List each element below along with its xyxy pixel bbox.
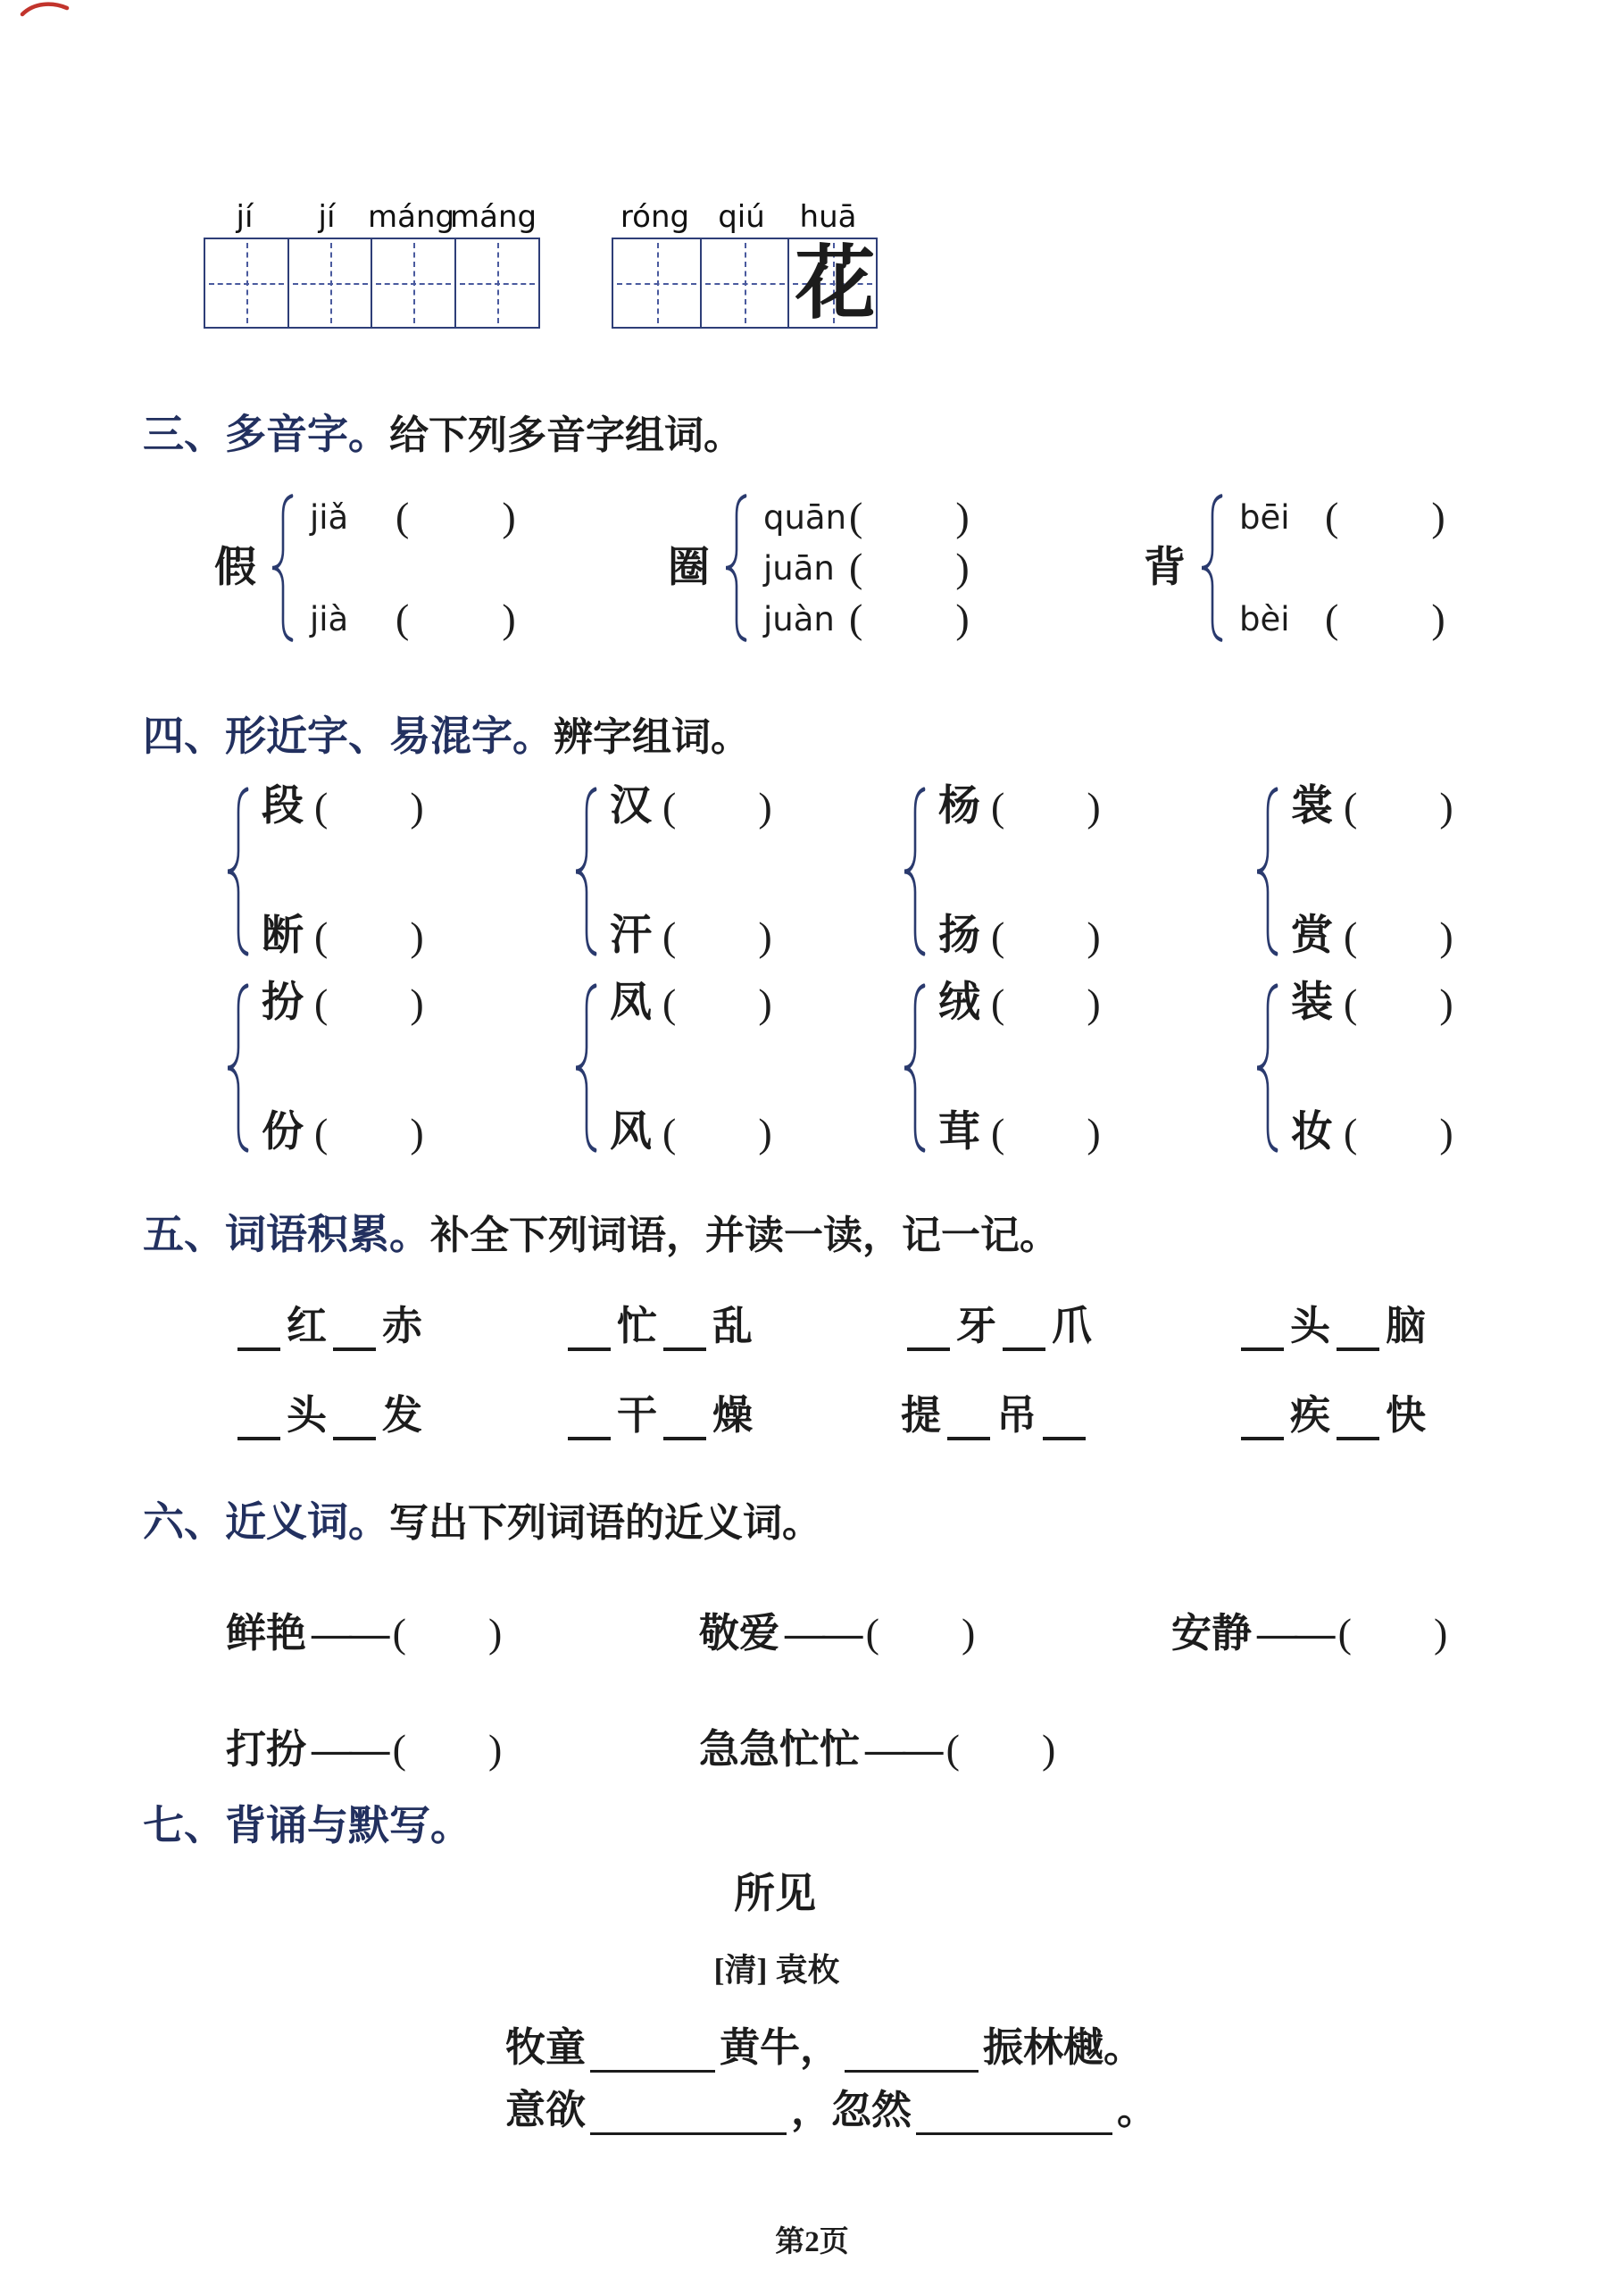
paren-close: ) (502, 598, 515, 639)
synonym-item: 急急忙忙——() (699, 1716, 1055, 1774)
paren-close: ) (758, 787, 771, 828)
paren-open: ( (1325, 598, 1338, 639)
word-char: 提 (901, 1393, 941, 1438)
poem-text: 黄牛， (720, 2025, 840, 2070)
paren-close: ) (1431, 496, 1445, 538)
writing-grid-2: 花 (612, 238, 878, 329)
paren-open: ( (849, 496, 862, 538)
brace-icon (224, 786, 251, 957)
word-completion-item: 头脑 (1235, 1293, 1426, 1351)
pair-group: 汉() 汗() (572, 786, 772, 957)
word-completion-item: 提吊 (901, 1382, 1092, 1440)
brace-icon (1198, 493, 1225, 643)
section7-heading: 七、背诵与默写。 (143, 1793, 471, 1852)
section3-title: 三、多音字 (143, 411, 348, 457)
word-char: 干 (617, 1393, 657, 1438)
paren-open: ( (662, 983, 676, 1024)
writing-cell (204, 238, 289, 329)
writing-cell (371, 238, 456, 329)
pinyin-syllable: jí (204, 196, 286, 238)
pair-group: 段() 断() (224, 786, 424, 957)
word-completion-item: 干燥 (562, 1382, 753, 1440)
pair-row: 断() (262, 915, 424, 957)
cell-character (375, 241, 457, 329)
writing-cell (454, 238, 540, 329)
pair-column: 扮() 份() (262, 982, 424, 1154)
paren-close: ) (1087, 1113, 1100, 1154)
section7-title: 七、背诵与默写 (143, 1802, 430, 1848)
long-dash: —— (785, 1611, 861, 1656)
fill-blank (568, 1396, 611, 1440)
paren-close: ) (955, 496, 969, 538)
section3-heading: 三、多音字。给下列多音字组词。 (143, 402, 743, 461)
fill-blank (1043, 1396, 1086, 1440)
readings-column: jiǎ ( ) jià ( ) (310, 493, 516, 643)
paren-open: ( (314, 1113, 328, 1154)
word-completion-item: 头发 (231, 1382, 422, 1440)
pinyin-syllable: huā (785, 196, 871, 238)
pair-char: 装 (1291, 982, 1333, 1024)
paren-open: ( (662, 1113, 676, 1154)
reading-row: quān ( ) (763, 493, 970, 541)
paren-open: ( (1344, 916, 1357, 957)
page-number: 第2页 (0, 2218, 1624, 2260)
pair-row: 绒() (938, 982, 1101, 1024)
recite-blank (916, 2092, 1112, 2135)
writing-cell (700, 238, 790, 329)
pair-row: 装() (1291, 982, 1453, 1024)
fill-blank (1241, 1396, 1284, 1440)
fill-blank (333, 1396, 376, 1440)
fill-blank (568, 1306, 611, 1351)
word-char: 爪 (1052, 1304, 1092, 1348)
section7-period: 。 (430, 1802, 471, 1848)
paren-close: ) (955, 547, 969, 588)
pair-row: 扬() (938, 915, 1101, 957)
poem-text: ，忽然 (791, 2088, 912, 2132)
pair-char: 凤 (610, 982, 652, 1024)
brace-icon (572, 786, 599, 957)
pair-column: 段() 断() (262, 786, 424, 957)
fill-blank (947, 1396, 990, 1440)
pinyin-syllable: jí (286, 196, 368, 238)
fill-blank (237, 1396, 280, 1440)
paren-open: ( (991, 916, 1004, 957)
section6-title: 六、近义词 (143, 1498, 348, 1545)
fill-blank (907, 1306, 950, 1351)
word-char: 乱 (712, 1304, 753, 1348)
section5-heading: 五、词语积累。补全下列词语，并读一读，记一记。 (143, 1202, 1059, 1261)
poem-line-2: 意欲，忽然。 (505, 2077, 1157, 2135)
recite-blank (590, 2030, 715, 2073)
pair-char: 风 (610, 1112, 652, 1154)
brace-icon (901, 982, 928, 1154)
reading-pinyin: bèi (1239, 600, 1325, 638)
pair-group: 凤() 风() (572, 982, 772, 1154)
paren-close: ) (1042, 1726, 1055, 1772)
word-completion-item: 牙爪 (901, 1293, 1092, 1351)
long-dash: —— (312, 1727, 387, 1772)
paren-open: ( (662, 787, 676, 828)
reading-pinyin: juān (763, 549, 849, 588)
brace-icon (901, 786, 928, 957)
section3-period: 。 (348, 411, 389, 457)
pair-char: 断 (262, 915, 304, 957)
pair-column: 装() 妆() (1291, 982, 1453, 1154)
long-dash: —— (312, 1611, 387, 1656)
synonym-item: 敬爱——() (699, 1600, 975, 1658)
paren-close: ) (1439, 983, 1453, 1024)
section4-period: 。 (512, 713, 554, 759)
fill-blank (1241, 1306, 1284, 1351)
section5-instruction: 补全下列词语，并读一读，记一记。 (430, 1214, 1059, 1257)
paren-open: ( (314, 916, 328, 957)
paren-close: ) (410, 787, 423, 828)
readings-column: bēi ( ) bèi ( ) (1239, 493, 1445, 643)
reading-row: bēi ( ) (1239, 493, 1445, 541)
word-char: 燥 (712, 1393, 753, 1438)
red-scan-mark (20, 0, 70, 18)
cell-character (704, 241, 791, 329)
paren-close: ) (1439, 1113, 1453, 1154)
pair-char: 汗 (610, 915, 652, 957)
paren-open: ( (991, 1113, 1004, 1154)
pair-row: 赏() (1291, 915, 1453, 957)
fill-blank (663, 1306, 706, 1351)
poem-line-1: 牧童黄牛，振林樾。 (505, 2015, 1144, 2073)
synonym-word: 鲜艳 (226, 1611, 306, 1656)
paren-close: ) (1087, 787, 1100, 828)
pinyin-syllable: qiú (698, 196, 785, 238)
paren-close: ) (1439, 916, 1453, 957)
poem-author: [清] 袁枚 (0, 1945, 1553, 1990)
poem-text: 意欲 (505, 2088, 586, 2132)
pair-group: 扮() 份() (224, 982, 424, 1154)
reading-row: juān ( ) (763, 544, 970, 592)
synonym-word: 急急忙忙 (699, 1727, 860, 1772)
reading-pinyin: bēi (1239, 498, 1325, 537)
cell-character (616, 241, 703, 329)
writing-cell (612, 238, 702, 329)
pinyin-syllable: róng (612, 196, 698, 238)
readings-column: quān ( ) juān ( ) juàn ( ) (763, 493, 970, 643)
word-char: 头 (1290, 1304, 1330, 1348)
paren-open: ( (393, 1610, 406, 1656)
pair-row: 汗() (610, 915, 772, 957)
paren-open: ( (1344, 787, 1357, 828)
pair-char: 汉 (610, 786, 652, 828)
reading-pinyin: quān (763, 498, 849, 537)
section3-instruction: 给下列多音字组词。 (389, 413, 743, 457)
writing-cell: 花 (787, 238, 878, 329)
reading-pinyin: jiǎ (310, 498, 396, 537)
paren-close: ) (962, 1610, 975, 1656)
paren-open: ( (1344, 983, 1357, 1024)
word-char: 吊 (996, 1393, 1037, 1438)
pinyin-row-1: jí jí máng máng (204, 196, 532, 238)
paren-open: ( (662, 916, 676, 957)
section6-period: 。 (348, 1498, 389, 1545)
paren-close: ) (1087, 983, 1100, 1024)
word-char: 牙 (956, 1304, 996, 1348)
pair-column: 汉() 汗() (610, 786, 772, 957)
paren-open: ( (866, 1610, 879, 1656)
word-char: 发 (382, 1393, 422, 1438)
word-char: 红 (287, 1304, 327, 1348)
reading-row: jiǎ ( ) (310, 493, 516, 541)
pair-char: 裳 (1291, 786, 1333, 828)
pair-char: 茸 (938, 1112, 980, 1154)
pair-char: 扬 (938, 915, 980, 957)
pair-char: 份 (262, 1112, 304, 1154)
polyphone-group-jia: 假 jiǎ ( ) jià ( ) (214, 493, 516, 643)
paren-close: ) (410, 916, 423, 957)
pair-column: 凤() 风() (610, 982, 772, 1154)
paren-close: ) (488, 1726, 502, 1772)
pair-char: 杨 (938, 786, 980, 828)
recite-blank (590, 2092, 787, 2135)
brace-icon (1253, 786, 1280, 957)
recite-blank (845, 2030, 979, 2073)
cell-character: 花 (792, 241, 879, 329)
pair-row: 凤() (610, 982, 772, 1024)
synonym-word: 安静 (1171, 1611, 1252, 1656)
section5-period: 。 (389, 1211, 430, 1257)
brace-icon (224, 982, 251, 1154)
pair-row: 扮() (262, 982, 424, 1024)
reading-row: jià ( ) (310, 595, 516, 643)
fill-blank (1337, 1396, 1379, 1440)
paren-close: ) (1087, 916, 1100, 957)
paren-close: ) (1431, 598, 1445, 639)
paren-close: ) (410, 1113, 423, 1154)
writing-grid-1 (204, 238, 540, 329)
paren-close: ) (488, 1610, 502, 1656)
pair-char: 扮 (262, 982, 304, 1024)
paren-open: ( (991, 983, 1004, 1024)
cell-character (292, 241, 374, 329)
pair-row: 份() (262, 1112, 424, 1154)
reading-row: juàn ( ) (763, 595, 970, 643)
paren-close: ) (1439, 787, 1453, 828)
polyphone-char: 圈 (668, 547, 710, 589)
word-char: 忙 (617, 1304, 657, 1348)
pair-column: 裳() 赏() (1291, 786, 1453, 957)
brace-icon (269, 493, 296, 643)
paren-close: ) (955, 598, 969, 639)
section6-heading: 六、近义词。写出下列词语的近义词。 (143, 1489, 821, 1548)
fill-blank (333, 1306, 376, 1351)
paren-close: ) (1434, 1610, 1447, 1656)
word-char: 脑 (1386, 1304, 1426, 1348)
synonym-item: 安静——() (1171, 1600, 1447, 1658)
brace-icon (1253, 982, 1280, 1154)
paren-close: ) (758, 916, 771, 957)
poem-text: 振林樾。 (983, 2025, 1144, 2070)
pair-group: 杨() 扬() (901, 786, 1101, 957)
paren-open: ( (393, 1726, 406, 1772)
pinyin-row-2: róng qiú huā (612, 196, 871, 238)
fill-blank (1337, 1306, 1379, 1351)
synonym-word: 敬爱 (699, 1611, 779, 1656)
pair-column: 绒() 茸() (938, 982, 1101, 1154)
pair-group: 装() 妆() (1253, 982, 1453, 1154)
paren-open: ( (314, 787, 328, 828)
long-dash: —— (865, 1727, 941, 1772)
word-completion-item: 红赤 (231, 1293, 422, 1351)
polyphone-char: 背 (1144, 547, 1186, 589)
pair-column: 杨() 扬() (938, 786, 1101, 957)
pair-row: 妆() (1291, 1112, 1453, 1154)
paren-open: ( (396, 496, 409, 538)
pair-group: 裳() 赏() (1253, 786, 1453, 957)
pair-row: 茸() (938, 1112, 1101, 1154)
word-completion-item: 忙乱 (562, 1293, 753, 1351)
section4-heading: 四、形近字、易混字。辨字组词。 (143, 704, 750, 763)
word-char: 头 (287, 1393, 327, 1438)
pinyin-syllable: máng (450, 196, 532, 238)
word-char: 疾 (1290, 1393, 1330, 1438)
word-completion-item: 疾快 (1235, 1382, 1426, 1440)
paren-open: ( (849, 598, 862, 639)
brace-icon (572, 982, 599, 1154)
pair-char: 段 (262, 786, 304, 828)
cell-character (208, 241, 290, 329)
paren-close: ) (758, 983, 771, 1024)
long-dash: —— (1257, 1611, 1333, 1656)
poem-title: 所见 (0, 1861, 1550, 1920)
section6-instruction: 写出下列词语的近义词。 (389, 1501, 821, 1545)
pair-row: 汉() (610, 786, 772, 828)
section4-title: 四、形近字、易混字 (143, 713, 512, 759)
synonym-word: 打扮 (226, 1727, 306, 1772)
word-char: 快 (1386, 1393, 1426, 1438)
section4-instruction: 辨字组词。 (554, 715, 750, 759)
pair-char: 绒 (938, 982, 980, 1024)
synonym-item: 鲜艳——() (226, 1600, 502, 1658)
paren-open: ( (314, 983, 328, 1024)
reading-pinyin: jià (310, 600, 396, 638)
paren-close: ) (502, 496, 515, 538)
synonym-item: 打扮——() (226, 1716, 502, 1774)
pair-row: 杨() (938, 786, 1101, 828)
worksheet-page: jí jí máng máng róng qiú huā 花 三、多音字。给下列… (0, 0, 1624, 2286)
cell-character (459, 241, 541, 329)
pair-row: 风() (610, 1112, 772, 1154)
fill-blank (1003, 1306, 1045, 1351)
writing-cell (287, 238, 373, 329)
pair-group: 绒() 茸() (901, 982, 1101, 1154)
word-char: 赤 (382, 1304, 422, 1348)
brace-icon (722, 493, 749, 643)
pinyin-syllable: máng (368, 196, 450, 238)
polyphone-group-bei: 背 bēi ( ) bèi ( ) (1144, 493, 1445, 643)
polyphone-group-quan: 圈 quān ( ) juān ( ) juàn ( ) (668, 493, 970, 643)
polyphone-char: 假 (214, 547, 256, 589)
paren-open: ( (849, 547, 862, 588)
paren-open: ( (1344, 1113, 1357, 1154)
paren-open: ( (991, 787, 1004, 828)
fill-blank (663, 1396, 706, 1440)
section5-title: 五、词语积累 (143, 1211, 389, 1257)
reading-row: bèi ( ) (1239, 595, 1445, 643)
pair-char: 妆 (1291, 1112, 1333, 1154)
poem-text: 。 (1117, 2088, 1157, 2132)
paren-open: ( (946, 1726, 960, 1772)
paren-open: ( (396, 598, 409, 639)
paren-close: ) (410, 983, 423, 1024)
reading-pinyin: juàn (763, 600, 849, 638)
pair-row: 裳() (1291, 786, 1453, 828)
pair-row: 段() (262, 786, 424, 828)
poem-text: 牧童 (505, 2025, 586, 2070)
paren-open: ( (1338, 1610, 1352, 1656)
paren-close: ) (758, 1113, 771, 1154)
paren-open: ( (1325, 496, 1338, 538)
fill-blank (237, 1306, 280, 1351)
pair-char: 赏 (1291, 915, 1333, 957)
